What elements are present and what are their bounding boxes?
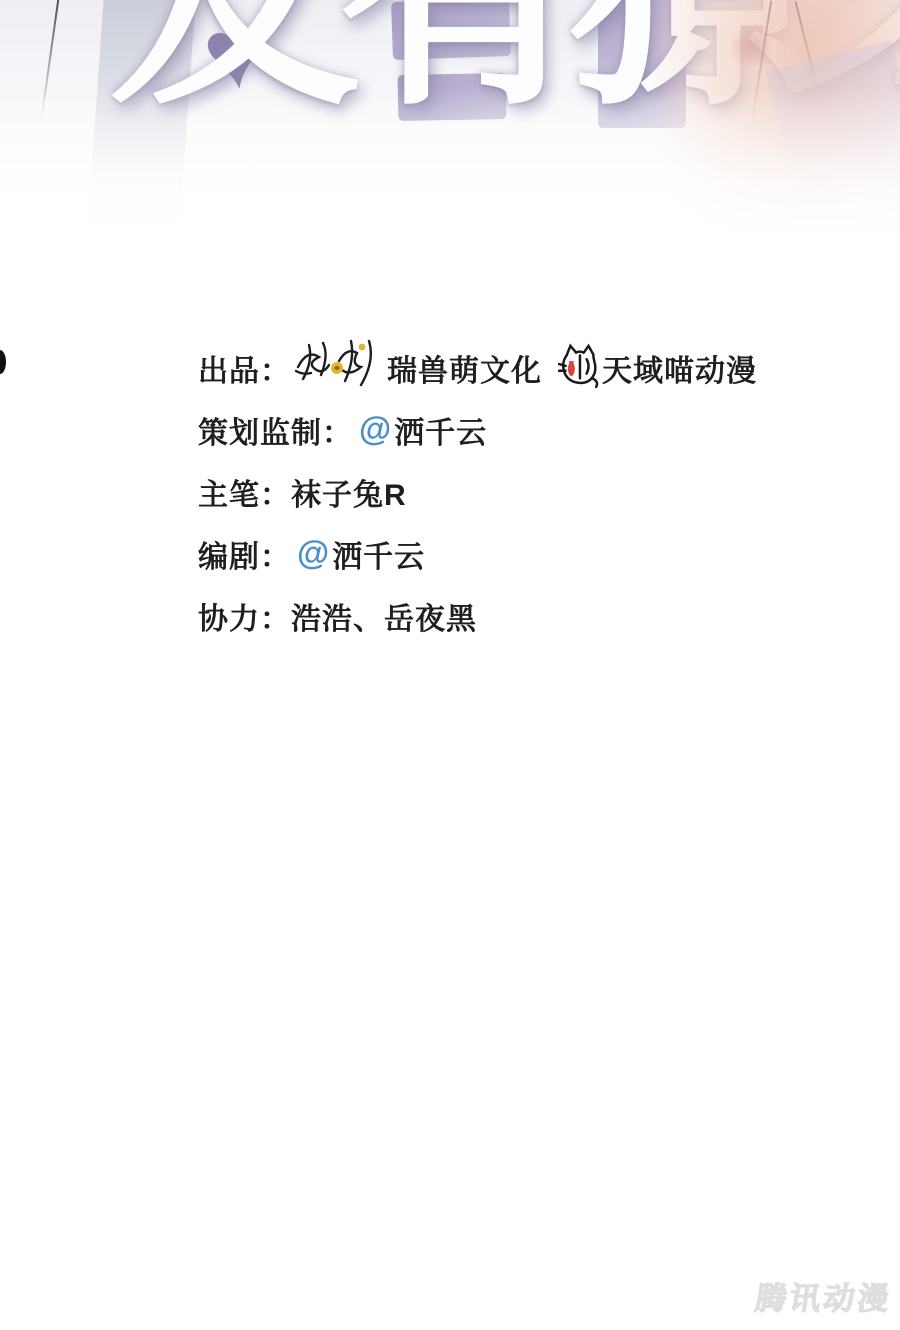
company1-name: 瑞兽萌文化	[387, 346, 542, 390]
assistance-names: 浩浩、岳夜黑	[291, 594, 477, 638]
title-artwork: ♥ 友有獠牙	[0, 0, 900, 400]
chief-planner-label: 策划监制：	[198, 408, 353, 452]
screenwriter-label: 编剧：	[198, 532, 291, 576]
assistance-label: 协力：	[198, 594, 291, 638]
screenwriter-name: 洒千云	[332, 532, 425, 576]
chief-planner-name: 洒千云	[394, 408, 487, 452]
produced-by-label: 出品：	[198, 346, 291, 390]
credit-line-lead-artist: 主笔： 袜子兔R	[198, 475, 757, 509]
lead-artist-label: 主笔：	[198, 470, 291, 514]
company2-name: 天域喵动漫	[602, 346, 757, 390]
credits-block: 出品： 瑞兽萌文化	[198, 351, 757, 661]
cloud-at-icon: @	[359, 410, 392, 448]
cloud-at-icon: @	[297, 534, 330, 572]
credit-line-screenwriter: 编剧： @ 洒千云	[198, 537, 757, 571]
credit-line-produced-by: 出品： 瑞兽萌文化	[198, 351, 757, 385]
ruishoumeng-calligraphy-logo	[293, 335, 385, 389]
cat-fish-logo	[558, 342, 600, 388]
credit-line-chief-planner: 策划监制： @ 洒千云	[198, 413, 757, 447]
tencent-comics-watermark: 腾讯动漫	[753, 1273, 895, 1318]
lead-artist-name: 袜子兔R	[291, 470, 407, 514]
comic-credits-page: ♥ 友有獠牙 出品：	[0, 0, 900, 1330]
credit-line-assistance: 协力： 浩浩、岳夜黑	[198, 599, 757, 633]
